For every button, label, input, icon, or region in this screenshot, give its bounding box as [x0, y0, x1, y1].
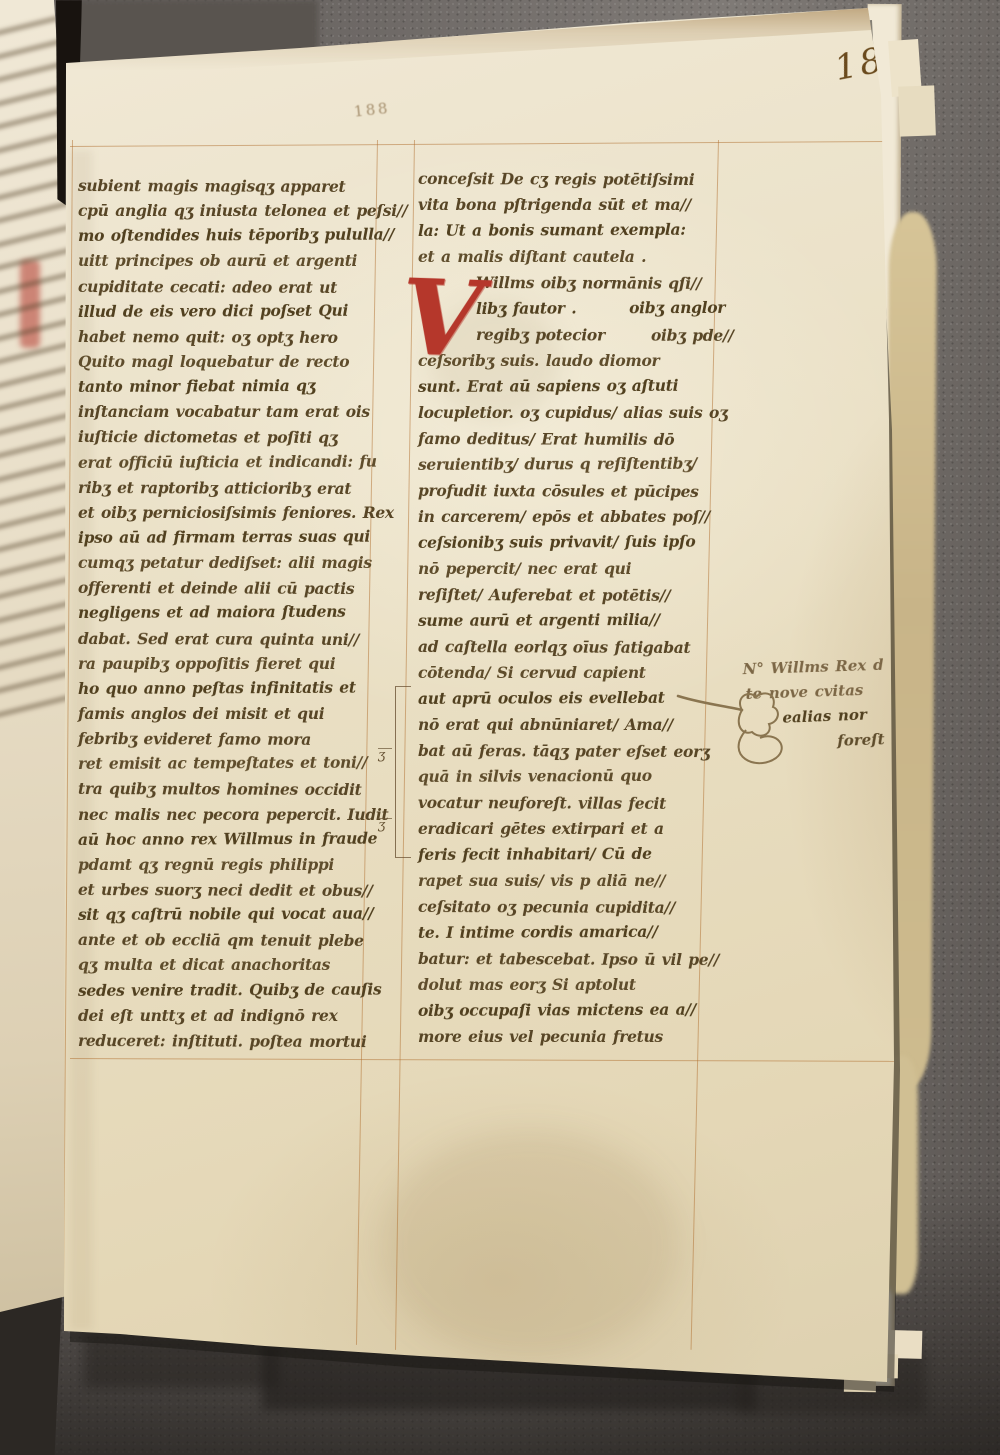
- script-line: ipso aū ad firmam terras suas qui: [78, 524, 378, 551]
- script-line: sedes venire tradit. Quibʒ de cauſis: [78, 976, 378, 1003]
- script-line: ra paupibʒ oppoſitis fieret qui: [78, 651, 378, 676]
- text-column-left: subient magis magisqʒ apparetcpū anglia …: [78, 173, 378, 1053]
- script-line: ante et ob eccliā qm tenuit plebe: [78, 927, 378, 953]
- blurred-script-line: [0, 619, 74, 646]
- margin-mark: ʒ: [378, 818, 392, 834]
- script-line: erat officiū iuſticia et indicandi: fu: [78, 448, 378, 475]
- blurred-script-line: [0, 690, 74, 717]
- script-line: ad caſtella eorlqʒ oīus fatigabat: [418, 634, 722, 661]
- script-line: pdamt qʒ regnū regis philippi: [78, 852, 378, 877]
- script-line: more eius vel pecunia fretus: [418, 1024, 722, 1050]
- script-line: dolut mas eorʒ Si aptolut: [418, 972, 722, 998]
- script-line: tra quibʒ multos homines occidit: [78, 776, 378, 802]
- script-line: nō pepercit/ nec erat qui: [418, 556, 722, 582]
- blurred-script-line: [0, 525, 74, 552]
- script-line: conceſsit De cʒ regis potētiſsimi: [418, 166, 722, 193]
- blurred-script-line: [0, 549, 74, 576]
- script-line: sume aurū et argenti milia//: [418, 607, 722, 634]
- script-line: in carcerem/ epōs et abbates poſ//: [418, 504, 722, 530]
- script-line: illud de eis vero dici poſset Qui: [78, 297, 378, 324]
- script-line: et oibʒ perniciosiſsimis feniores. Rex: [78, 500, 378, 525]
- blurred-script-line: [0, 572, 74, 599]
- script-line: cupiditate cecati: adeo erat ut: [78, 274, 378, 300]
- script-line: famis anglos dei misit et qui: [78, 701, 378, 726]
- parchment-stain: [380, 1130, 680, 1360]
- blurred-script-line: [0, 643, 74, 670]
- script-line: qʒ multa et dicat anachoritas: [78, 952, 378, 977]
- script-line: mo oſtendides huis tēporibʒ pululla//: [78, 222, 378, 249]
- manuscript-page: subient magis magisqʒ apparetcpū anglia …: [0, 0, 1000, 1455]
- script-line: iuſticie dictometas et poſiti qʒ: [78, 424, 378, 450]
- blurred-script-line: [0, 384, 74, 411]
- blurred-script-line: [0, 361, 74, 388]
- script-line: oibʒ occupaſi vias mictens ea a//: [418, 997, 722, 1024]
- script-line: dabat. Sed erat cura quinta uni//: [78, 626, 378, 652]
- script-line: ho quo anno peſtas infinitatis et: [78, 674, 378, 701]
- script-line: negligens et ad maiora ſtudens: [78, 599, 378, 626]
- script-line: inſtanciam vocabatur tam erat ois: [78, 399, 378, 424]
- script-line: regibʒ potecior oibʒ pde//: [476, 322, 722, 349]
- script-line: famo deditus/ Erat humilis dō: [418, 426, 722, 453]
- script-line: offerenti et deinde alii cū pactis: [78, 575, 378, 601]
- ruling-line-horizontal: [70, 1058, 894, 1062]
- script-line: uitt principes ob aurū et argenti: [78, 248, 378, 273]
- margin-mark: ʒ: [378, 748, 392, 764]
- script-line: reduceret: inſtituti. poſtea mortui: [78, 1028, 378, 1054]
- script-line: reſiſtet/ Auferebat et potētis//: [418, 582, 722, 609]
- script-line: rapet sua suis/ vis p aliā ne//: [418, 868, 722, 894]
- book-cover-edge: [0, 1296, 62, 1455]
- blurred-script-line: [0, 431, 74, 458]
- script-line: sit qʒ caſtrū nobile qui vocat aua//: [78, 901, 378, 928]
- script-line: vocatur neuforeſt. villas fecit: [418, 790, 722, 817]
- manuscript-photo: subient magis magisqʒ apparetcpū anglia …: [0, 0, 1000, 1455]
- script-line: Quito magl loquebatur de recto: [78, 349, 378, 374]
- script-line: subient magis magisqʒ apparet: [78, 173, 378, 199]
- script-line: ribʒ et raptoribʒ atticioribʒ erat: [78, 475, 378, 501]
- script-line: aū hoc anno rex Willmus in fraude: [78, 825, 378, 852]
- red-initial-letter: V: [399, 265, 469, 389]
- script-line: febribʒ evideret famo mora: [78, 726, 378, 752]
- blurred-script-line: [0, 596, 74, 623]
- blurred-script-line: [0, 220, 74, 247]
- script-line: te. I intime cordis amarica//: [418, 919, 722, 946]
- script-line: tanto minor fiebat nimia qʒ: [78, 373, 378, 400]
- script-line: libʒ fautor . oibʒ anglor: [476, 295, 722, 322]
- script-line: Willms oibʒ normānis qſi//: [476, 270, 722, 297]
- script-line: dei eſt unttʒ et ad indignō rex: [78, 1003, 378, 1028]
- script-line: profudit iuxta cōsules et pūcipes: [418, 478, 722, 505]
- script-line: habet nemo quit: oʒ optʒ hero: [78, 324, 378, 350]
- leaf-corner-tab: [898, 85, 936, 136]
- script-line: eradicari gētes extirpari et a: [418, 816, 722, 842]
- script-line: vita bona pſtrigenda sūt et ma//: [418, 192, 722, 218]
- script-line: locupletior. oʒ cupidus/ alias suis oʒ: [418, 400, 722, 426]
- script-line: ceſsionibʒ suis privavit/ ſuis ipſo: [418, 529, 722, 556]
- script-line: nec malis nec pecora pepercit. Iudit: [78, 802, 378, 827]
- blurred-script-line: [0, 455, 74, 482]
- manicule-icon: [676, 660, 806, 772]
- blurred-script-line: [0, 478, 74, 505]
- script-line: la: Ut a bonis sumant exempla:: [418, 217, 722, 244]
- blurred-script-line: [0, 502, 74, 529]
- script-line: et urbes suorʒ neci dedit et obus//: [78, 877, 378, 903]
- script-line: seruientibʒ/ durus q reſiſtentibʒ/: [418, 451, 722, 478]
- script-line: ceſsitato oʒ pecunia cupidita//: [418, 894, 722, 921]
- ruling-line-horizontal: [70, 141, 888, 147]
- script-line: cumqʒ petatur dediſset: alii magis: [78, 550, 378, 575]
- script-line: batur: et tabescebat. Ipso ū vil pe//: [418, 946, 722, 973]
- script-line: ret emisit ac tempeſtates et toni//: [78, 750, 378, 777]
- script-line: cpū anglia qʒ iniusta telonea et peſsi//: [78, 198, 378, 223]
- script-line: feris fecit inhabitari/ Cū de: [418, 841, 722, 868]
- margin-bracket: [395, 686, 411, 858]
- blurred-script-line: [0, 408, 74, 435]
- blurred-script-line: [0, 666, 74, 693]
- older-folio-number: 188: [353, 95, 425, 126]
